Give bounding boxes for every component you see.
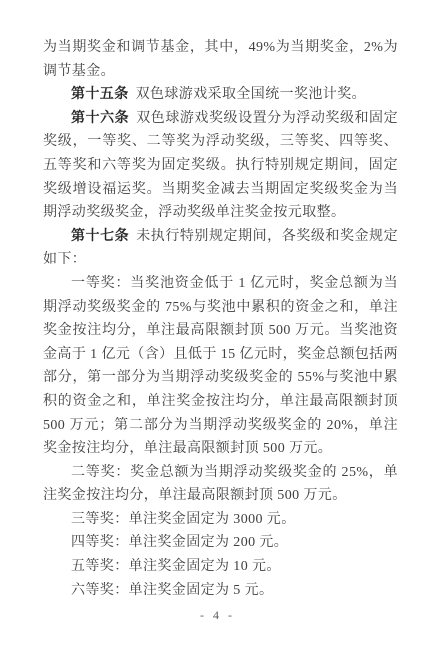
paragraph-first-prize: 一等奖：当奖池资金低于 1 亿元时，奖金总额为当期浮动奖级奖金的 75%与奖池中… [43, 272, 398, 461]
paragraph-sixth-prize: 六等奖：单注奖金固定为 5 元。 [43, 579, 398, 603]
paragraph-fourth-prize: 四等奖：单注奖金固定为 200 元。 [43, 531, 398, 555]
article-15-heading: 第十五条 [71, 87, 129, 102]
page-footer: - 4 - [0, 608, 435, 623]
page-number: - 4 - [200, 608, 235, 622]
paragraph-article-17: 第十七条未执行特别规定期间，各奖级和奖金规定如下： [43, 225, 398, 272]
paragraph-third-prize: 三等奖：单注奖金固定为 3000 元。 [43, 508, 398, 532]
article-16-heading: 第十六条 [71, 111, 129, 126]
document-page: 为当期奖金和调节基金，其中，49%为当期奖金，2%为调节基金。 第十五条双色球游… [0, 0, 435, 661]
document-body: 为当期奖金和调节基金，其中，49%为当期奖金，2%为调节基金。 第十五条双色球游… [43, 36, 398, 602]
article-15-text: 双色球游戏采取全国统一奖池计奖。 [136, 87, 366, 102]
paragraph-article-15: 第十五条双色球游戏采取全国统一奖池计奖。 [43, 83, 398, 107]
paragraph-fifth-prize: 五等奖：单注奖金固定为 10 元。 [43, 555, 398, 579]
paragraph-continuation: 为当期奖金和调节基金，其中，49%为当期奖金，2%为调节基金。 [43, 36, 398, 83]
article-16-text: 双色球游戏奖级设置分为浮动奖级和固定奖级，一等奖、二等奖为浮动奖级，三等奖、四等… [43, 111, 398, 220]
paragraph-second-prize: 二等奖：奖金总额为当期浮动奖级奖金的 25%，单注奖金按注均分，单注最高限额封顶… [43, 461, 398, 508]
article-17-heading: 第十七条 [71, 229, 129, 244]
paragraph-article-16: 第十六条双色球游戏奖级设置分为浮动奖级和固定奖级，一等奖、二等奖为浮动奖级，三等… [43, 107, 398, 225]
